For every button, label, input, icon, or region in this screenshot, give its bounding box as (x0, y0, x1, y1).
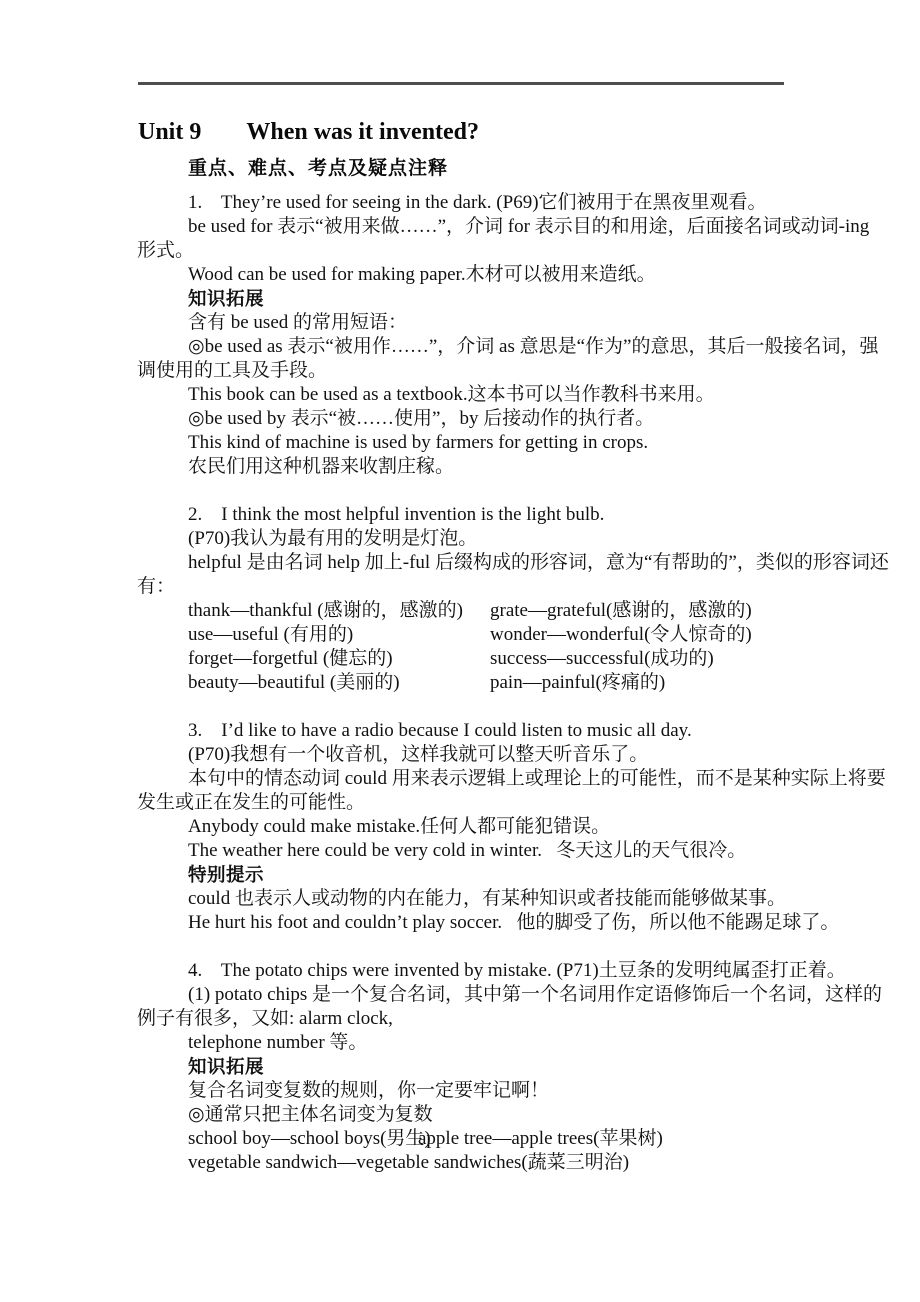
text-line: The weather here could be very cold in w… (137, 839, 837, 863)
blank-line (137, 479, 837, 503)
word-pair-left: school boy—school boys(男生) (188, 1128, 431, 1149)
text-line: Anybody could make mistake.任何人都可能犯错误。 (137, 815, 837, 839)
word-pair-row: school boy—school boys(男生)apple tree—app… (137, 1127, 837, 1151)
word-pair-row: beauty—beautiful (美丽的)pain—painful(疼痛的) (137, 671, 837, 695)
subheading-line: 知识拓展 (137, 287, 837, 311)
word-pair-left: beauty—beautiful (美丽的) (188, 672, 400, 693)
text-line: ◎be used as 表示“被用作……”，介词 as 意思是“作为”的意思，其… (137, 335, 837, 359)
text-line: He hurt his foot and couldn’t play socce… (137, 911, 837, 935)
text-line: ◎be used by 表示“被……使用”，by 后接动作的执行者。 (137, 407, 837, 431)
text-line: 复合名词变复数的规则，你一定要牢记啊！ (137, 1079, 837, 1103)
text-line: 4. The potato chips were invented by mis… (137, 959, 837, 983)
section-heading: 重点、难点、考点及疑点注释 (188, 153, 448, 180)
text-line: could 也表示人或动物的内在能力，有某种知识或者技能而能够做某事。 (137, 887, 837, 911)
document-body: 1. They’re used for seeing in the dark. … (137, 191, 837, 1175)
page-title: Unit 9When was it invented? (138, 118, 479, 146)
text-line: 例子有很多，又如: alarm clock, (137, 1007, 837, 1031)
unit-title-text: When was it invented? (246, 119, 479, 145)
text-line: vegetable sandwich—vegetable sandwiches(… (137, 1151, 837, 1175)
text-line: 本句中的情态动词 could 用来表示逻辑上或理论上的可能性，而不是某种实际上将… (137, 767, 837, 791)
text-line: Wood can be used for making paper.木材可以被用… (137, 263, 837, 287)
text-line: (1) potato chips 是一个复合名词，其中第一个名词用作定语修饰后一… (137, 983, 837, 1007)
text-line: (P70)我认为最有用的发明是灯泡。 (137, 527, 837, 551)
word-pair-right: pain—painful(疼痛的) (490, 671, 665, 695)
word-pair-row: thank—thankful (感谢的，感激的)grate—grateful(感… (137, 599, 837, 623)
text-line: 含有 be used 的常用短语： (137, 311, 837, 335)
text-line: This kind of machine is used by farmers … (137, 431, 837, 455)
text-line: 1. They’re used for seeing in the dark. … (137, 191, 837, 215)
text-line: (P70)我想有一个收音机，这样我就可以整天听音乐了。 (137, 743, 837, 767)
word-pair-left: thank—thankful (感谢的，感激的) (188, 600, 463, 621)
blank-line (137, 935, 837, 959)
text-line: be used for 表示“被用来做……”，介词 for 表示目的和用途，后面… (137, 215, 837, 239)
text-line: 有： (137, 575, 837, 599)
blank-line (137, 695, 837, 719)
header-rule (138, 82, 784, 85)
text-line: 3. I’d like to have a radio because I co… (137, 719, 837, 743)
word-pair-row: forget—forgetful (健忘的)success—successful… (137, 647, 837, 671)
word-pair-right: wonder—wonderful(令人惊奇的) (490, 623, 752, 647)
text-line: helpful 是由名词 help 加上-ful 后缀构成的形容词，意为“有帮助… (137, 551, 837, 575)
text-line: 农民们用这种机器来收割庄稼。 (137, 455, 837, 479)
text-line: 2. I think the most helpful invention is… (137, 503, 837, 527)
text-line: 发生或正在发生的可能性。 (137, 791, 837, 815)
text-line: telephone number 等。 (137, 1031, 837, 1055)
subheading-line: 知识拓展 (137, 1055, 837, 1079)
word-pair-right: success—successful(成功的) (490, 647, 714, 671)
text-line: 形式。 (137, 239, 837, 263)
word-pair-row: use—useful (有用的)wonder—wonderful(令人惊奇的) (137, 623, 837, 647)
text-line: ◎通常只把主体名词变为复数 (137, 1103, 837, 1127)
word-pair-right: apple tree—apple trees(苹果树) (418, 1127, 663, 1151)
word-pair-left: use—useful (有用的) (188, 624, 353, 645)
subheading-line: 特别提示 (137, 863, 837, 887)
text-line: 调使用的工具及手段。 (137, 359, 837, 383)
word-pair-left: forget—forgetful (健忘的) (188, 648, 393, 669)
document-page: Unit 9When was it invented? 重点、难点、考点及疑点注… (0, 0, 920, 1302)
text-line: This book can be used as a textbook.这本书可… (137, 383, 837, 407)
word-pair-right: grate—grateful(感谢的，感激的) (490, 599, 752, 623)
unit-number: Unit 9 (138, 119, 201, 145)
